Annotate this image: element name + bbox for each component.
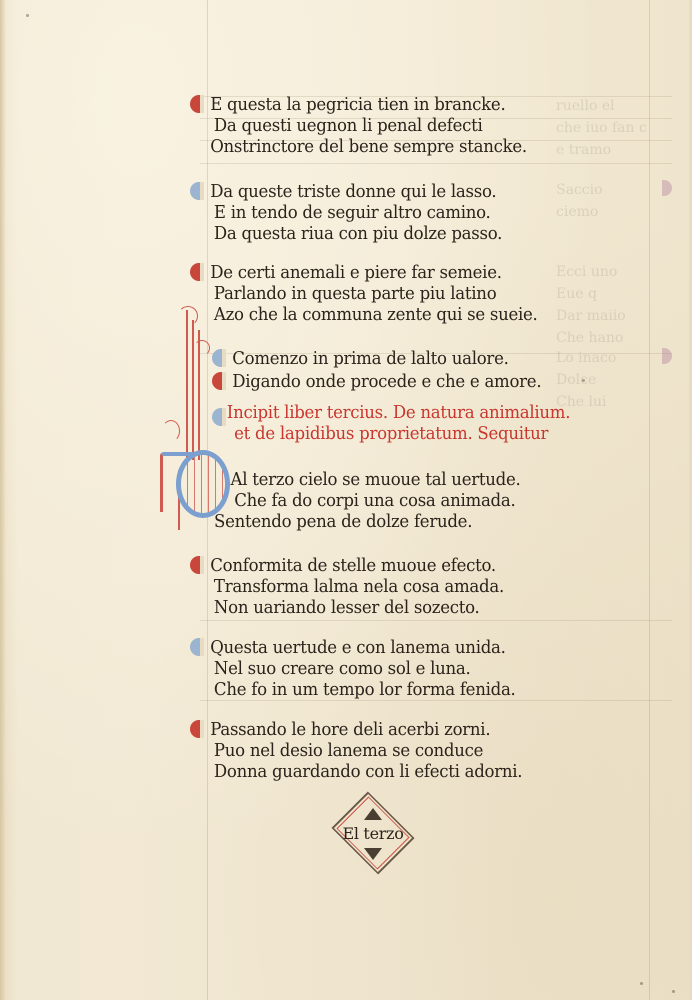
- bleed-through-text: Eue q: [556, 284, 676, 304]
- verse-line: Da questi uegnon li penal defecti: [190, 115, 527, 136]
- verse-line: Sentendo pena de dolze ferude.: [214, 511, 520, 532]
- catchword: El terzo: [318, 824, 428, 843]
- verse-line: E in tendo de seguir altro camino.: [190, 202, 502, 223]
- verse-line: Donna guardando con li efecti adorni.: [190, 761, 522, 782]
- verse-line: Che fa do corpi una cosa animada.: [214, 490, 520, 511]
- verse-line: De certi anemali e piere far semeie.: [190, 262, 538, 283]
- verse-line: Azo che la communa zente qui se sueie.: [190, 304, 538, 325]
- bleed-through-text: ruello el: [556, 96, 676, 116]
- bleed-through-text: Dar maiio: [556, 306, 676, 326]
- verse-line: E questa la pegricia tien in brancke.: [190, 94, 527, 115]
- initial-flourish: [192, 320, 194, 460]
- catchword-frame: El terzo: [318, 788, 428, 880]
- bleed-through-text: Saccio: [556, 180, 676, 200]
- page-gutter-shadow: [0, 0, 6, 1000]
- verse-line: Transforma lalma nela cosa amada.: [190, 576, 504, 597]
- parchment-speck: [672, 990, 675, 993]
- ruling-line: [200, 700, 672, 701]
- verse-line: Onstrinctore del bene sempre stancke.: [190, 136, 527, 157]
- verse-line: Nel suo creare como sol e luna.: [190, 658, 516, 679]
- verse-line: Da queste triste donne qui le lasso.: [190, 181, 502, 202]
- stanza: E questa la pegricia tien in brancke. Da…: [190, 94, 556, 157]
- verse-line: Al terzo cielo se muoue tal uertude.: [214, 469, 520, 490]
- verse-line: Questa uertude e con lanema unida.: [190, 637, 516, 658]
- verse-line: Puo nel desio lanema se conduce: [190, 740, 522, 761]
- triangle-up-icon: [364, 808, 382, 820]
- verse-line: Parlando in questa parte piu latino: [190, 283, 538, 304]
- parchment-speck: [640, 982, 643, 985]
- triangle-down-icon: [364, 848, 382, 860]
- parchment-speck: [26, 14, 29, 17]
- rubric: Incipit liber tercius. De natura animali…: [190, 402, 603, 444]
- bleed-through-text: che iuo fan c: [556, 118, 676, 138]
- manuscript-page: ruello el che iuo fan c e tramo Saccio c…: [0, 0, 692, 1000]
- initial-flourish: [194, 340, 210, 356]
- rubric-line: et de lapidibus proprietatum. Sequitur: [190, 423, 570, 444]
- ruling-line: [200, 620, 672, 621]
- verse-line: Conformita de stelle muoue efecto.: [190, 555, 504, 576]
- verse-line: Comenzo in prima de lalto ualore.: [212, 348, 509, 369]
- bleed-through-text: Che hano: [556, 328, 676, 348]
- bleed-through-text: Lo inaco: [556, 348, 676, 368]
- parchment-speck: [582, 379, 585, 382]
- verse-line: Passando le hore deli acerbi zorni.: [190, 719, 522, 740]
- verse-line: Che fo in um tempo lor forma fenida.: [190, 679, 516, 700]
- stanza: Comenzo in prima de lalto ualore.: [212, 348, 534, 369]
- bleed-through-text: ciemo: [556, 202, 676, 222]
- rubric-line: Incipit liber tercius. De natura animali…: [190, 402, 570, 423]
- stanza: Al terzo cielo se muoue tal uertude. Che…: [214, 469, 547, 532]
- verse-line: Da questa riua con piu dolze passo.: [190, 223, 502, 244]
- verse-line: Digando onde procede e che e amore.: [212, 371, 541, 392]
- bleed-through-text: Dolce: [556, 370, 676, 390]
- stanza: Da queste triste donne qui le lasso. E i…: [190, 181, 529, 244]
- bleed-through-text: e tramo: [556, 140, 676, 160]
- initial-flourish: [162, 420, 180, 442]
- stanza: Conformita de stelle muoue efecto. Trans…: [190, 555, 531, 618]
- ruling-line: [200, 163, 672, 164]
- initial-flourish: [178, 306, 198, 326]
- stanza: Passando le hore deli acerbi zorni. Puo …: [190, 719, 551, 782]
- stanza: Digando onde procede e che e amore.: [212, 371, 570, 392]
- stanza: De certi anemali e piere far semeie. Par…: [190, 262, 568, 325]
- stanza: Questa uertude e con lanema unida. Nel s…: [190, 637, 544, 700]
- initial-flourish: [186, 310, 188, 460]
- verse-line: Non uariando lesser del sozecto.: [190, 597, 504, 618]
- bleed-through-text: Ecci uno: [556, 262, 676, 282]
